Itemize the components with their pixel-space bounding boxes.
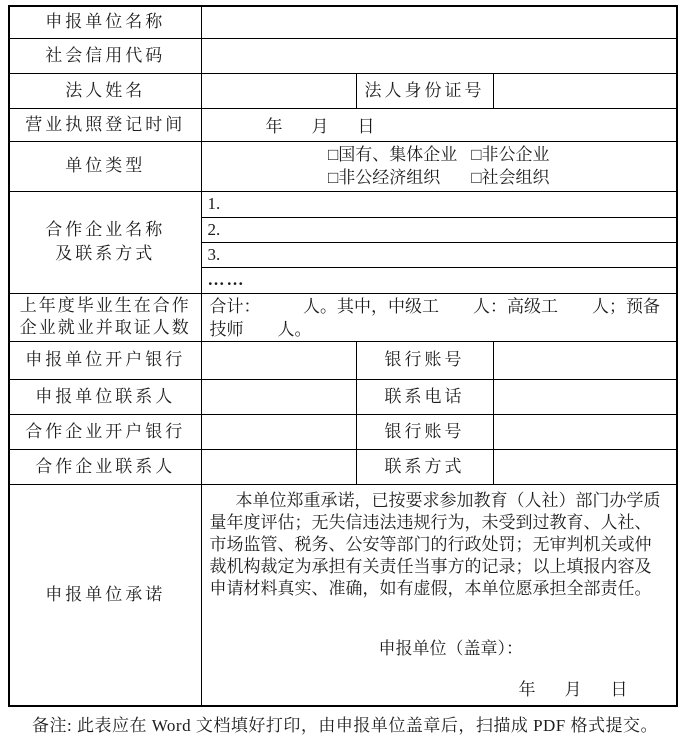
label-declaring-unit-name: 申报单位名称 [9, 6, 201, 38]
label-partner-enterprises: 合作企业名称 及联系方式 [9, 191, 201, 293]
label-license-registration-date: 营业执照登记时间 [9, 108, 201, 141]
label-unit-contact-person: 申报单位联系人 [9, 379, 201, 414]
row-commitment: 申报单位承诺 本单位郑重承诺，已按要求参加教育（人社）部门办学质量年度评估；无失… [9, 484, 677, 706]
input-partner-contact-person[interactable] [201, 449, 356, 484]
label-line: 上年度毕业生在合作 [12, 295, 199, 317]
input-partner-enterprise-2[interactable]: 2. [201, 217, 677, 242]
input-unit-bank[interactable] [201, 341, 356, 379]
input-partner-contact-method[interactable] [493, 449, 677, 484]
label-social-credit-code: 社会信用代码 [9, 38, 201, 73]
label-legal-person-id: 法人身份证号 [356, 73, 493, 108]
row-unit-type: 单位类型 □国有、集体企业 □非公企业 □非公经济组织 □社会组织 [9, 141, 677, 191]
label-partner-bank: 合作企业开户银行 [9, 414, 201, 449]
checkbox-option-label: 国有、集体企业 [338, 145, 457, 164]
label-graduates-employed: 上年度毕业生在合作 企业就业并取证人数 [9, 293, 201, 341]
label-line: 企业就业并取证人数 [12, 317, 199, 339]
checkbox-icon: □ [328, 145, 338, 164]
input-partner-enterprise-3[interactable]: 3. [201, 242, 677, 267]
input-partner-enterprise-1[interactable]: 1. [201, 191, 677, 217]
checkbox-option-label: 非公企业 [482, 145, 550, 164]
row-unit-name: 申报单位名称 [9, 6, 677, 38]
input-partner-bank[interactable] [201, 414, 356, 449]
label-legal-person-name: 法人姓名 [9, 73, 201, 108]
row-partner-contact: 合作企业联系人 联系方式 [9, 449, 677, 484]
checkbox-icon: □ [471, 145, 481, 164]
row-unit-bank: 申报单位开户银行 银行账号 [9, 341, 677, 379]
checkbox-option-label: 非公经济组织 [338, 168, 440, 187]
label-unit-bank-account: 银行账号 [356, 341, 493, 379]
checkbox-option-state-owned-collective[interactable]: □国有、集体企业 [328, 143, 457, 166]
form-sheet: 申报单位名称 社会信用代码 法人姓名 法人身份证号 营业执照登记时间 年 月 日… [0, 0, 684, 740]
row-legal-person: 法人姓名 法人身份证号 [9, 73, 677, 108]
checkbox-option-social-org[interactable]: □社会组织 [471, 166, 549, 189]
input-social-credit-code[interactable] [201, 38, 677, 73]
input-graduates-count[interactable]: 合计： 人。其中，中级工 人：高级工 人；预备技师 人。 [201, 293, 677, 341]
application-form-table: 申报单位名称 社会信用代码 法人姓名 法人身份证号 营业执照登记时间 年 月 日… [8, 5, 678, 707]
row-graduates-count: 上年度毕业生在合作 企业就业并取证人数 合计： 人。其中，中级工 人：高级工 人… [9, 293, 677, 341]
label-unit-type: 单位类型 [9, 141, 201, 191]
input-partner-bank-account[interactable] [493, 414, 677, 449]
label-partner-contact-method: 联系方式 [356, 449, 493, 484]
commitment-statement: 本单位郑重承诺，已按要求参加教育（人社）部门办学质量年度评估；无失信违法违规行为… [202, 485, 677, 600]
row-partner-1: 合作企业名称 及联系方式 1. [9, 191, 677, 217]
input-legal-person-name[interactable] [201, 73, 356, 108]
checkbox-option-non-public-enterprise[interactable]: □非公企业 [471, 143, 549, 166]
input-unit-contact-phone[interactable] [493, 379, 677, 414]
ellipsis-text: …… [208, 270, 246, 289]
checkbox-icon: □ [471, 168, 481, 187]
input-legal-person-id[interactable] [493, 73, 677, 108]
footer-note: 备注: 此表应在 Word 文档填好打印，由申报单位盖章后，扫描成 PDF 格式… [32, 711, 658, 736]
label-partner-bank-account: 银行账号 [356, 414, 493, 449]
signature-date-label: 年 月 日 [519, 679, 677, 701]
label-unit-commitment: 申报单位承诺 [9, 484, 201, 706]
row-credit-code: 社会信用代码 [9, 38, 677, 73]
row-partner-bank: 合作企业开户银行 银行账号 [9, 414, 677, 449]
row-unit-contact: 申报单位联系人 联系电话 [9, 379, 677, 414]
input-declaring-unit-name[interactable] [201, 6, 677, 38]
label-partner-contact-person: 合作企业联系人 [9, 449, 201, 484]
unit-type-options: □国有、集体企业 □非公企业 □非公经济组织 □社会组织 [201, 141, 677, 191]
input-partner-enterprise-more[interactable]: …… [201, 267, 677, 293]
label-line: 及联系方式 [12, 242, 199, 266]
checkbox-option-non-public-economic-org[interactable]: □非公经济组织 [328, 166, 457, 189]
commitment-content: 本单位郑重承诺，已按要求参加教育（人社）部门办学质量年度评估；无失信违法违规行为… [201, 484, 677, 706]
unit-seal-label: 申报单位（盖章）： [379, 638, 677, 660]
input-license-registration-date[interactable]: 年 月 日 [201, 108, 677, 141]
label-line: 合作企业名称 [12, 218, 199, 242]
label-unit-bank: 申报单位开户银行 [9, 341, 201, 379]
label-unit-contact-phone: 联系电话 [356, 379, 493, 414]
row-license-date: 营业执照登记时间 年 月 日 [9, 108, 677, 141]
checkbox-icon: □ [328, 168, 338, 187]
unit-type-checkbox-grid: □国有、集体企业 □非公企业 □非公经济组织 □社会组织 [202, 143, 677, 189]
input-unit-contact-person[interactable] [201, 379, 356, 414]
checkbox-option-label: 社会组织 [482, 168, 550, 187]
input-unit-bank-account[interactable] [493, 341, 677, 379]
